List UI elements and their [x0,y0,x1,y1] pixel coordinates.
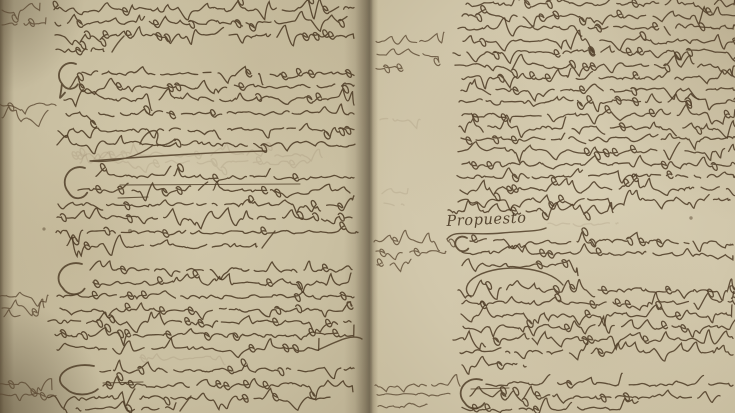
legible-word-propuesto: Propuesto [446,209,527,230]
manuscript-spread: Propuesto [0,0,735,413]
handwriting-ink-layer [0,0,735,413]
